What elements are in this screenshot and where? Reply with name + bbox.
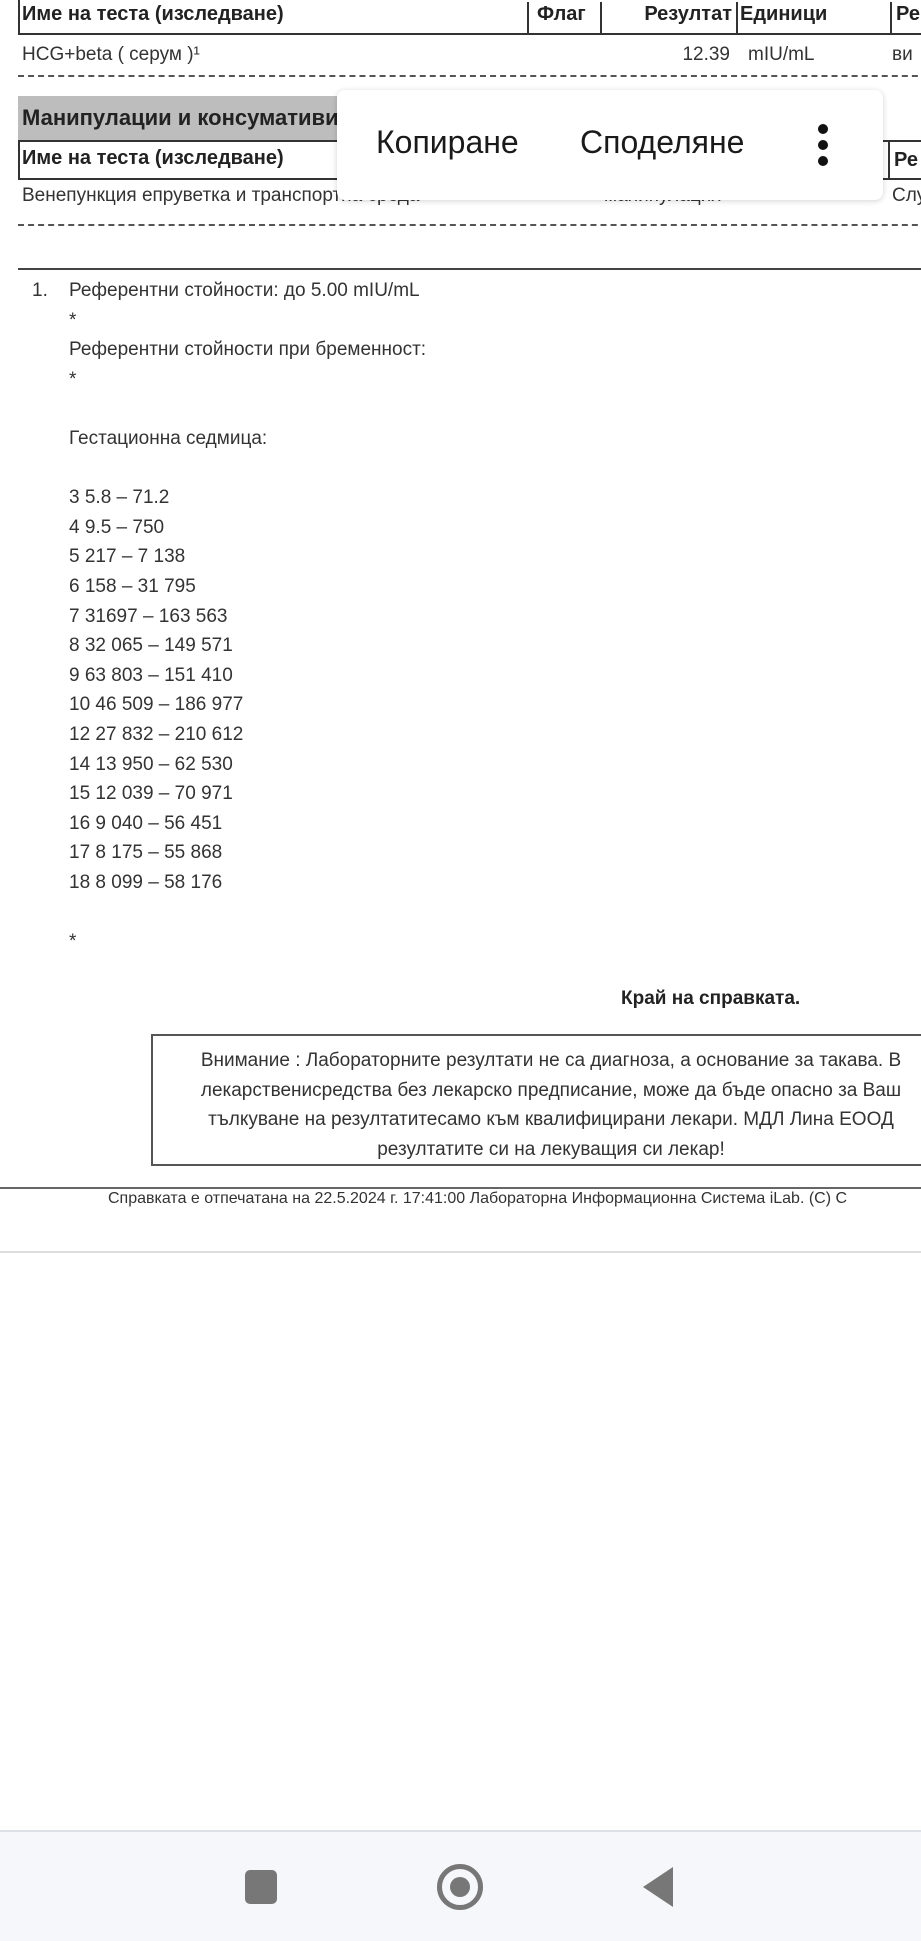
note-line: * — [69, 310, 76, 332]
header-units: Единици — [736, 2, 882, 33]
note-line: Референтни стойности: до 5.00 mIU/mL — [69, 280, 420, 302]
note-line: 18 8 099 – 58 176 — [69, 872, 222, 894]
note-line: 6 158 – 31 795 — [69, 576, 196, 598]
note-line: 12 27 832 – 210 612 — [69, 724, 243, 746]
end-of-report: Край на справката. — [621, 988, 800, 1010]
header-test-name: Име на теста (изследване) — [22, 146, 284, 177]
note-line: 7 31697 – 163 563 — [69, 606, 228, 628]
test-result: 12.39 — [598, 35, 734, 73]
note-number: 1. — [32, 280, 48, 302]
note-line: 8 32 065 – 149 571 — [69, 635, 233, 657]
table-row: HCG+beta ( серум )¹ 12.39 mIU/mL ви — [18, 35, 921, 77]
notes-divider — [18, 268, 921, 270]
test-name: HCG+beta ( серум )¹ — [22, 35, 200, 73]
note-line: 9 63 803 – 151 410 — [69, 665, 233, 687]
note-line: Референтни стойности при бременност: — [69, 339, 426, 361]
back-icon[interactable] — [643, 1867, 673, 1907]
note-line: 16 9 040 – 56 451 — [69, 813, 222, 835]
warning-line: тълкуване на резултатитесамо към квалифи… — [153, 1105, 921, 1135]
test-units: mIU/mL — [748, 35, 815, 73]
header-test-name: Име на теста (изследване) — [22, 2, 284, 33]
note-line: 3 5.8 – 71.2 — [69, 487, 169, 509]
note-line: 15 12 039 – 70 971 — [69, 783, 233, 805]
page-end-divider — [0, 1251, 921, 1253]
note-line: Гестационна седмица: — [69, 428, 267, 450]
warning-line: лекарственисредства без лекарско предпис… — [153, 1076, 921, 1106]
more-vert-icon[interactable] — [817, 124, 829, 166]
note-line: 4 9.5 – 750 — [69, 517, 164, 539]
section-title-manipulations: Манипулации и консумативи — [18, 96, 348, 140]
note-line: * — [69, 931, 76, 953]
note-line: 10 46 509 – 186 977 — [69, 694, 243, 716]
note-line: * — [69, 369, 76, 391]
test-reference: ви — [892, 35, 913, 73]
home-icon[interactable] — [437, 1864, 483, 1910]
share-button[interactable]: Споделяне — [580, 122, 744, 162]
warning-line: резултатите си на лекуващия си лекар! — [153, 1135, 921, 1165]
system-navigation-bar — [0, 1830, 921, 1941]
lab-report-page: Име на теста (изследване) Флаг Резултат … — [0, 0, 921, 1830]
warning-box: Внимание : Лабораторните резултати не са… — [151, 1034, 921, 1166]
manipulation-reference: Слу — [892, 176, 921, 214]
header-reference: Ре — [888, 142, 918, 178]
note-line: 5 217 – 7 138 — [69, 546, 185, 568]
header-result: Резултат — [600, 2, 736, 33]
text-selection-menu: Копиране Споделяне — [337, 90, 883, 200]
footer-divider — [0, 1187, 921, 1189]
results-table-header: Име на теста (изследване) Флаг Резултат … — [18, 0, 921, 35]
copy-button[interactable]: Копиране — [376, 122, 519, 162]
note-line: 17 8 175 – 55 868 — [69, 842, 222, 864]
header-flag: Флаг — [527, 2, 609, 33]
note-line: 14 13 950 – 62 530 — [69, 754, 233, 776]
header-reference: Ре — [890, 2, 920, 33]
print-footer: Справката е отпечатана на 22.5.2024 г. 1… — [108, 1190, 847, 1208]
warning-line: Внимание : Лабораторните резултати не са… — [153, 1046, 921, 1076]
recent-apps-icon[interactable] — [245, 1870, 277, 1904]
